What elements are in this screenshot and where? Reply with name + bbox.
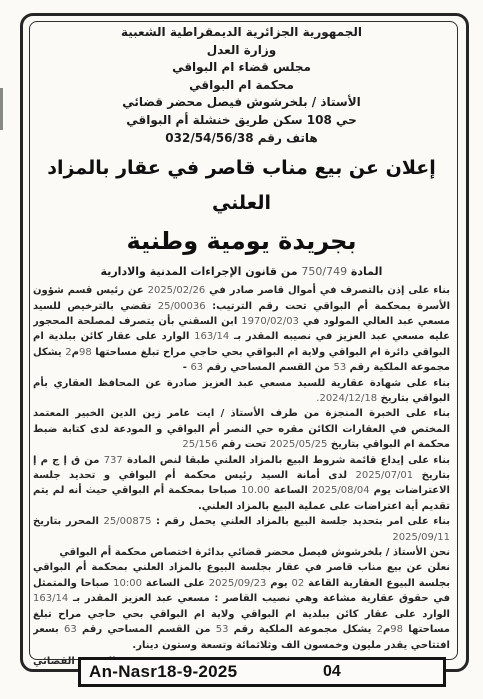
body-paragraph-property-certificate: بناء على شهادة عقارية للسيد مسعي عبد الع… [33,376,450,407]
body-paragraph-expertise: بناء على الخبرة المنجزة من طرف الأستاذ /… [33,406,450,452]
body-paragraph-sale-announcement: نعلن عن بيع مناب قاصر في عقار بجلسة البي… [33,560,450,652]
scan-edge-artifact [0,88,3,130]
announcement-title-line2: بجريدة يومية وطنية [33,221,450,261]
letterhead-council-line: مجلس قضاء ام البواقي [33,59,450,77]
announcement-content: الجمهورية الجزائرية الديمقراطية الشعبية … [33,24,450,667]
body-paragraph-conditions-deposit: بناء على إيداع قائمة شروط البيع بالمزاد … [33,453,450,515]
page-number: 04 [323,663,341,681]
article-reference: المادة 750/749 من قانون الإجراءات المدني… [33,263,450,281]
letterhead-phone-line: هاتف رقم 032/54/56/38 [33,130,450,148]
letterhead-ministry-line: وزارة العدل [33,42,450,60]
body-paragraph-bailiff-declaration: نحن الأستاذ / بلخرشوش فيصل محضر قضائي بد… [33,545,450,560]
announcement-body: بناء على إذن بالتصرف في أموال قاصر صادر … [33,283,450,653]
letterhead-republic-line: الجمهورية الجزائرية الديمقراطية الشعبية [33,24,450,42]
letterhead-address-line: حي 108 سكن طريق خنشلة أم البواقي [33,112,450,130]
scanned-announcement-page: الجمهورية الجزائرية الديمقراطية الشعبية … [0,0,483,699]
letterhead: الجمهورية الجزائرية الديمقراطية الشعبية … [33,24,450,147]
body-paragraph-session-order: بناء على امر بتحديد جلسة البيع بالمزاد ا… [33,514,450,545]
newspaper-name-date: An-Nasr18-9-2025 [89,662,237,682]
announcement-title-line1: إعلان عن بيع مناب قاصر في عقار بالمزاد ا… [33,151,450,221]
body-paragraph-authorization: بناء على إذن بالتصرف في أموال قاصر صادر … [33,283,450,375]
newspaper-footer-box: An-Nasr18-9-2025 04 [78,657,446,687]
letterhead-bailiff-line: الأستاذ / بلخرشوش فيصل محضر قضائي [33,94,450,112]
letterhead-court-line: محكمة ام البواقي [33,77,450,95]
